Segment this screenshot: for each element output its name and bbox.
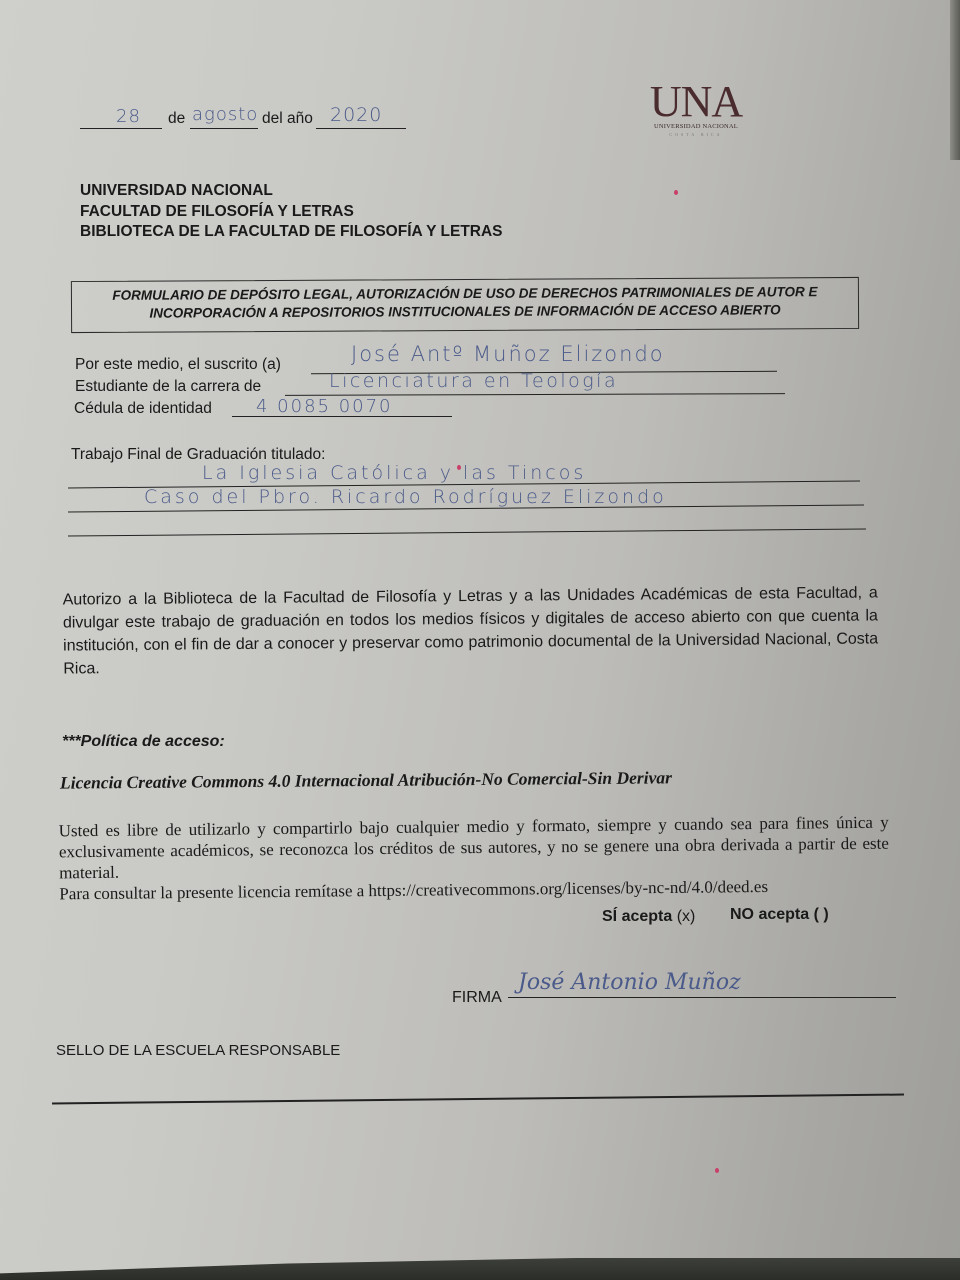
- reject-checkbox[interactable]: ( ): [814, 906, 829, 923]
- license-title: Licencia Creative Commons 4.0 Internacio…: [60, 767, 672, 793]
- authorization-paragraph: Autorizo a la Biblioteca de la Facultad …: [63, 581, 879, 680]
- una-logo: UNA UNIVERSIDAD NACIONAL COSTA RICA: [636, 82, 756, 137]
- field-cedula-label: Cédula de identidad: [74, 400, 212, 418]
- field-cedula-value[interactable]: 4 0085 0070: [256, 396, 393, 417]
- date-connector-de: de: [168, 110, 185, 128]
- signature-value: José Antonio Muñoz: [518, 970, 741, 995]
- institution-line-2: FACULTAD DE FILOSOFÍA Y LETRAS: [80, 202, 354, 222]
- ink-dot: [457, 465, 461, 470]
- reject-label: NO acepta: [730, 906, 809, 923]
- stamp-line: [52, 1094, 904, 1105]
- license-text: Usted es libre de utilizarlo y compartir…: [59, 813, 889, 883]
- institution-line-3: BIBLIOTECA DE LA FACULTAD DE FILOSOFÍA Y…: [80, 222, 503, 242]
- form-title-line-2: INCORPORACIÓN A REPOSITORIOS INSTITUCION…: [72, 301, 858, 323]
- stamp-label: SELLO DE LA ESCUELA RESPONSABLE: [56, 1042, 340, 1059]
- logo-tagline: COSTA RICA: [636, 132, 756, 137]
- ink-dot: [715, 1168, 719, 1173]
- date-year-value: 2020: [330, 104, 382, 126]
- logo-una-text: UNA: [636, 82, 756, 122]
- page-edge: [950, 0, 960, 160]
- field-suscrito-label: Por este medio, el suscrito (a): [75, 356, 281, 374]
- ink-dot: [674, 190, 678, 195]
- institution-line-1: UNIVERSIDAD NACIONAL: [80, 181, 273, 201]
- field-suscrito-value[interactable]: José Antº Muñoz Elizondo: [351, 342, 665, 366]
- field-carrera-label: Estudiante de la carrera de: [75, 378, 261, 396]
- accept-option[interactable]: SÍ acepta (x): [602, 908, 695, 926]
- signature-label: FIRMA: [452, 989, 502, 1007]
- accept-checkbox[interactable]: (x): [677, 908, 696, 925]
- policy-heading: ***Política de acceso:: [62, 733, 225, 751]
- signature-field[interactable]: José Antonio Muñoz: [508, 968, 896, 1008]
- field-carrera-value[interactable]: Licenciatura en Teología: [329, 370, 618, 392]
- license-consult-text: Para consultar la presente licencia remí…: [59, 877, 768, 903]
- reject-option[interactable]: NO acepta ( ): [730, 906, 829, 924]
- license-paragraph: Usted es libre de utilizarlo y compartir…: [59, 812, 890, 905]
- field-trabajo-value-1[interactable]: La Iglesia Católica y las Tincos: [202, 462, 586, 484]
- date-day-value: 28: [116, 106, 141, 127]
- field-trabajo-value-2[interactable]: Caso del Pbro. Ricardo Rodríguez Elizond…: [144, 486, 667, 508]
- form-title-box: FORMULARIO DE DEPÓSITO LEGAL, AUTORIZACI…: [71, 277, 859, 333]
- date-month-value: agosto: [192, 104, 258, 125]
- table-surface: [0, 1258, 960, 1280]
- date-connector-year: del año: [262, 110, 313, 128]
- accept-label: SÍ acepta: [602, 908, 672, 925]
